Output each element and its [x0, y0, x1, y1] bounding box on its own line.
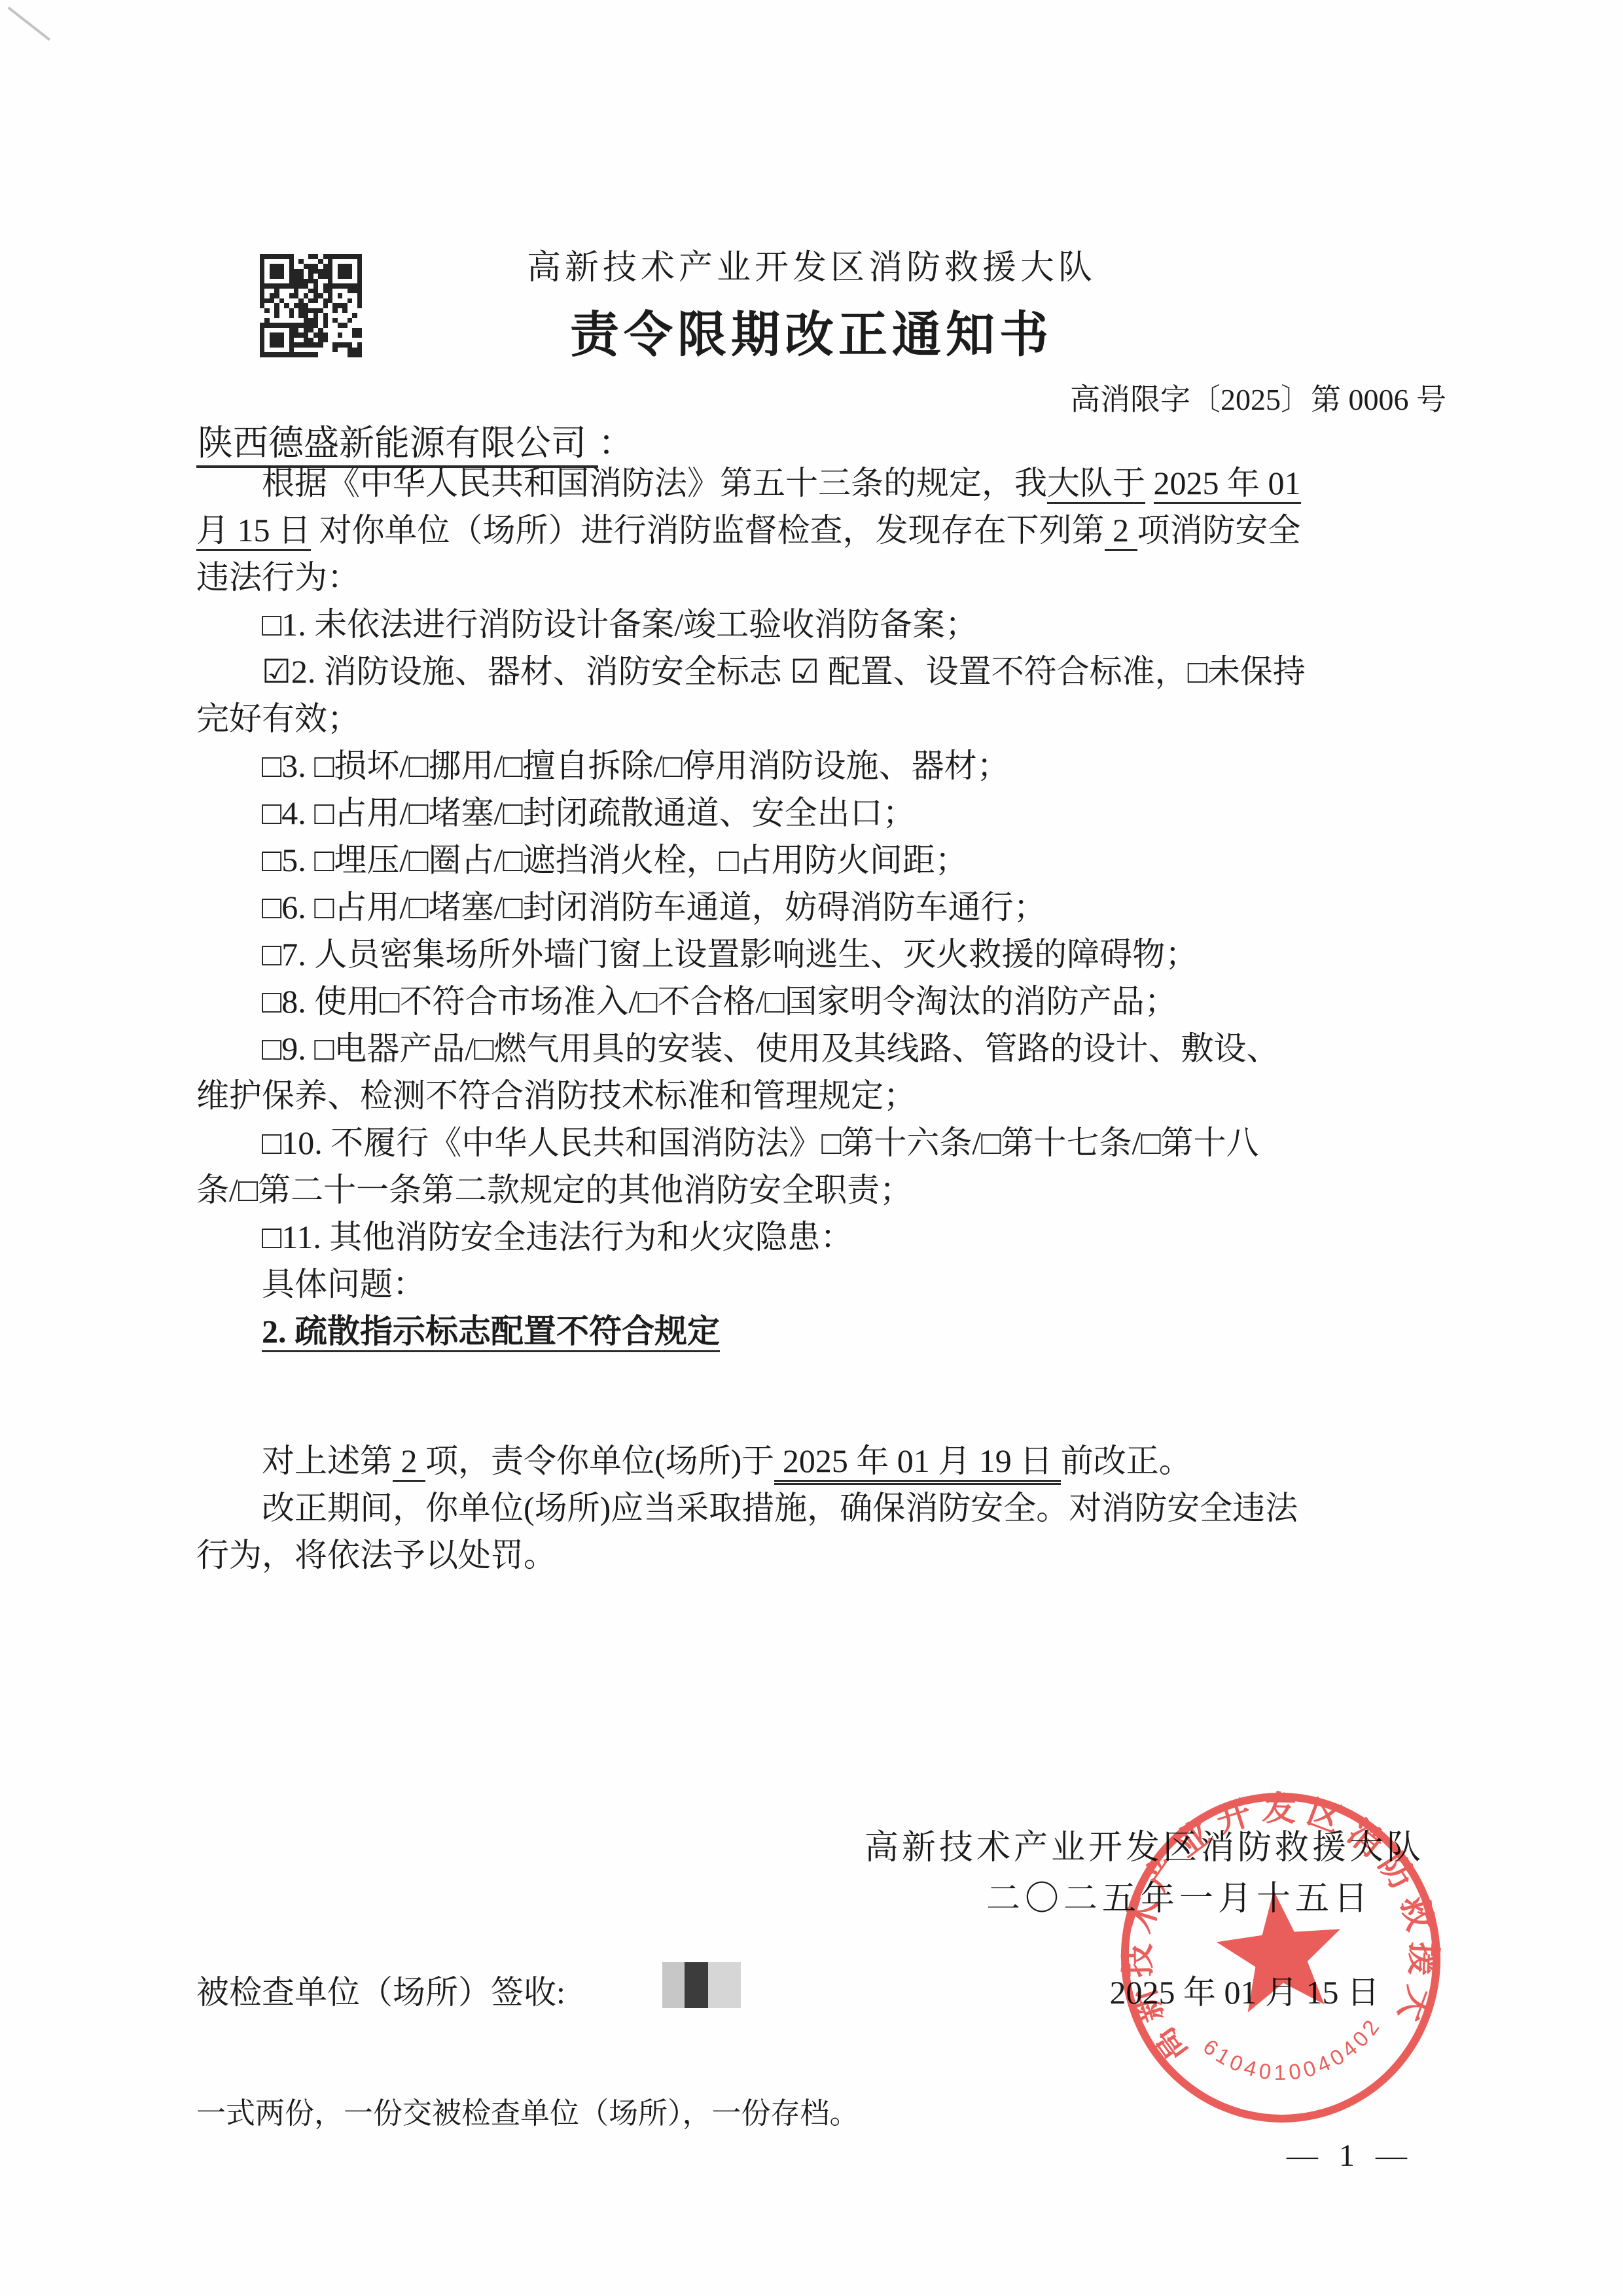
redact-stripe [662, 1962, 685, 2008]
text-segment: 前改正。 [1061, 1443, 1192, 1479]
qr-module [328, 289, 332, 294]
violation-checklist: 根据《中华人民共和国消防法》第五十三条的规定，我大队于 2025 年 01月 1… [196, 459, 1459, 1355]
issuing-authority-header: 高新技术产业开发区消防救援大队 [0, 240, 1623, 289]
qr-module [352, 289, 357, 294]
order-paragraph: 对上述第 2 项，责令你单位(场所)于 2025 年 01 月 19 日 前改正… [196, 1437, 1459, 1579]
text-segment: □5. □埋压/□圈占/□遮挡消火栓，□占用防火间距； [262, 842, 968, 878]
text-segment: 具体问题： [262, 1266, 425, 1302]
text-segment: □1. 未依法进行消防设计备案/竣工验收消防备案； [262, 606, 978, 643]
text-segment: □9. □电器产品/□燃气用具的安装、使用及其线路、管路的设计、敷设、 [262, 1030, 1279, 1067]
text-segment: 2. 疏散指示标志配置不符合规定 [262, 1313, 720, 1352]
addressee-colon: ： [598, 423, 633, 463]
text-segment: 行为，将依法予以处罚。 [196, 1537, 556, 1573]
text-line: □3. □损坏/□挪用/□擅自拆除/□停用消防设施、器材； [196, 742, 1459, 789]
text-segment: 月 15 日 [196, 512, 311, 551]
text-segment [1145, 465, 1154, 501]
text-line: 维护保养、检测不符合消防技术标准和管理规定； [196, 1072, 1459, 1119]
text-segment: □11. 其他消防安全违法行为和火灾隐患： [262, 1219, 853, 1255]
text-line: 完好有效； [196, 695, 1459, 742]
seal-code: 6104010040402 [1196, 2011, 1391, 2094]
text-line: 条/□第二十一条第二款规定的其他消防安全职责； [196, 1166, 1459, 1213]
qr-module [260, 289, 264, 294]
text-line: 违法行为： [196, 554, 1459, 601]
text-segment: 维护保养、检测不符合消防技术标准和管理规定； [196, 1077, 916, 1114]
text-segment: □3. □损坏/□挪用/□擅自拆除/□停用消防设施、器材； [262, 747, 1010, 784]
addressee-line: 陕西德盛新能源有限公司： [196, 415, 633, 465]
qr-module [357, 289, 362, 294]
text-segment: 对你单位（场所）进行消防监督检查，发现存在下列第 [311, 512, 1105, 548]
text-line: □8. 使用□不符合市场准入/□不合格/□国家明令淘汰的消防产品； [196, 978, 1459, 1025]
qr-module [294, 289, 298, 294]
qr-module [274, 289, 279, 294]
text-line: 对上述第 2 项，责令你单位(场所)于 2025 年 01 月 19 日 前改正… [196, 1437, 1459, 1484]
text-line: 根据《中华人民共和国消防法》第五十三条的规定，我大队于 2025 年 01 [196, 459, 1459, 507]
text-segment: 2025 年 01 [1154, 465, 1301, 504]
document-title: 责令限期改正通知书 [0, 296, 1623, 366]
text-line: □1. 未依法进行消防设计备案/竣工验收消防备案； [196, 601, 1459, 648]
text-line: □9. □电器产品/□燃气用具的安装、使用及其线路、管路的设计、敷设、 [196, 1025, 1459, 1072]
text-segment: 2 [393, 1443, 425, 1482]
text-segment: ☑2. 消防设施、器材、消防安全标志 ☑ 配置、设置不符合标准，□未保持 [262, 653, 1306, 690]
text-line: □11. 其他消防安全违法行为和火灾隐患： [196, 1213, 1459, 1261]
text-line: □10. 不履行《中华人民共和国消防法》□第十六条/□第十七条/□第十八 [196, 1119, 1459, 1166]
notice-document-page: 高新技术产业开发区消防救援大队 责令限期改正通知书 高消限字〔2025〕第 00… [0, 0, 1623, 2296]
text-segment: 大队于 [1047, 465, 1145, 504]
text-segment: □4. □占用/□堵塞/□封闭疏散通道、安全出口； [262, 795, 916, 831]
text-segment: 对上述第 [262, 1443, 393, 1479]
text-segment: 改正期间，你单位(场所)应当采取措施，确保消防安全。对消防安全违法 [262, 1490, 1298, 1526]
text-segment: 项，责令你单位(场所)于 [425, 1443, 774, 1479]
text-line: ☑2. 消防设施、器材、消防安全标志 ☑ 配置、设置不符合标准，□未保持 [196, 648, 1459, 695]
page-number: — 1 — [1287, 2138, 1414, 2174]
copies-footnote: 一式两份，一份交被检查单位（场所），一份存档。 [196, 2089, 859, 2132]
text-segment: 完好有效； [196, 700, 360, 737]
text-line: 行为，将依法予以处罚。 [196, 1532, 1459, 1579]
qr-module [313, 289, 318, 294]
text-segment: 根据《中华人民共和国消防法》第五十三条的规定，我 [262, 465, 1047, 501]
text-segment: 2 [1105, 512, 1137, 551]
text-line: 月 15 日 对你单位（场所）进行消防监督检查，发现存在下列第 2 项消防安全 [196, 507, 1459, 554]
qr-module [348, 289, 352, 294]
signature-organization: 高新技术产业开发区消防救援大队 [865, 1820, 1424, 1869]
text-line: 改正期间，你单位(场所)应当采取措施，确保消防安全。对消防安全违法 [196, 1484, 1459, 1532]
text-segment: □7. 人员密集场所外墙门窗上设置影响逃生、灭火救援的障碍物； [262, 936, 1198, 973]
text-segment: 2025 年 01 月 19 日 [774, 1443, 1061, 1485]
scan-artifact [8, 7, 51, 41]
text-segment: □10. 不履行《中华人民共和国消防法》□第十六条/□第十七条/□第十八 [262, 1124, 1259, 1161]
document-number: 高消限字〔2025〕第 0006 号 [1070, 376, 1446, 419]
text-line: □6. □占用/□堵塞/□封闭消防车通道，妨碍消防车通行； [196, 884, 1459, 931]
text-line: 2. 疏散指示标志配置不符合规定 [196, 1308, 1459, 1355]
text-line: □7. 人员密集场所外墙门窗上设置影响逃生、灭火救援的障碍物； [196, 931, 1459, 978]
text-segment: 条/□第二十一条第二款规定的其他消防安全职责； [196, 1172, 912, 1208]
redact-stripe [708, 1962, 741, 2008]
text-line: □5. □埋压/□圈占/□遮挡消火栓，□占用防火间距； [196, 836, 1459, 884]
receipt-date: 2025 年 01 月 15 日 [1110, 1966, 1380, 2013]
text-line: □4. □占用/□堵塞/□封闭疏散通道、安全出口； [196, 789, 1459, 836]
qr-module [308, 289, 313, 294]
receipt-sign-label: 被检查单位（场所）签收: [196, 1966, 565, 2013]
qr-module [323, 289, 328, 294]
redacted-signature [662, 1962, 741, 2008]
redact-stripe [685, 1962, 708, 2008]
text-line: 具体问题： [196, 1261, 1459, 1308]
text-segment: 项消防安全 [1137, 512, 1301, 548]
svg-text:6104010040402: 6104010040402 [1196, 2011, 1391, 2094]
signature-date-chinese: 二〇二五年一月十五日 [986, 1871, 1372, 1920]
text-segment: □8. 使用□不符合市场准入/□不合格/□国家明令淘汰的消防产品； [262, 983, 1177, 1020]
text-segment: 违法行为： [196, 559, 360, 596]
text-segment: □6. □占用/□堵塞/□封闭消防车通道，妨碍消防车通行； [262, 889, 1046, 925]
